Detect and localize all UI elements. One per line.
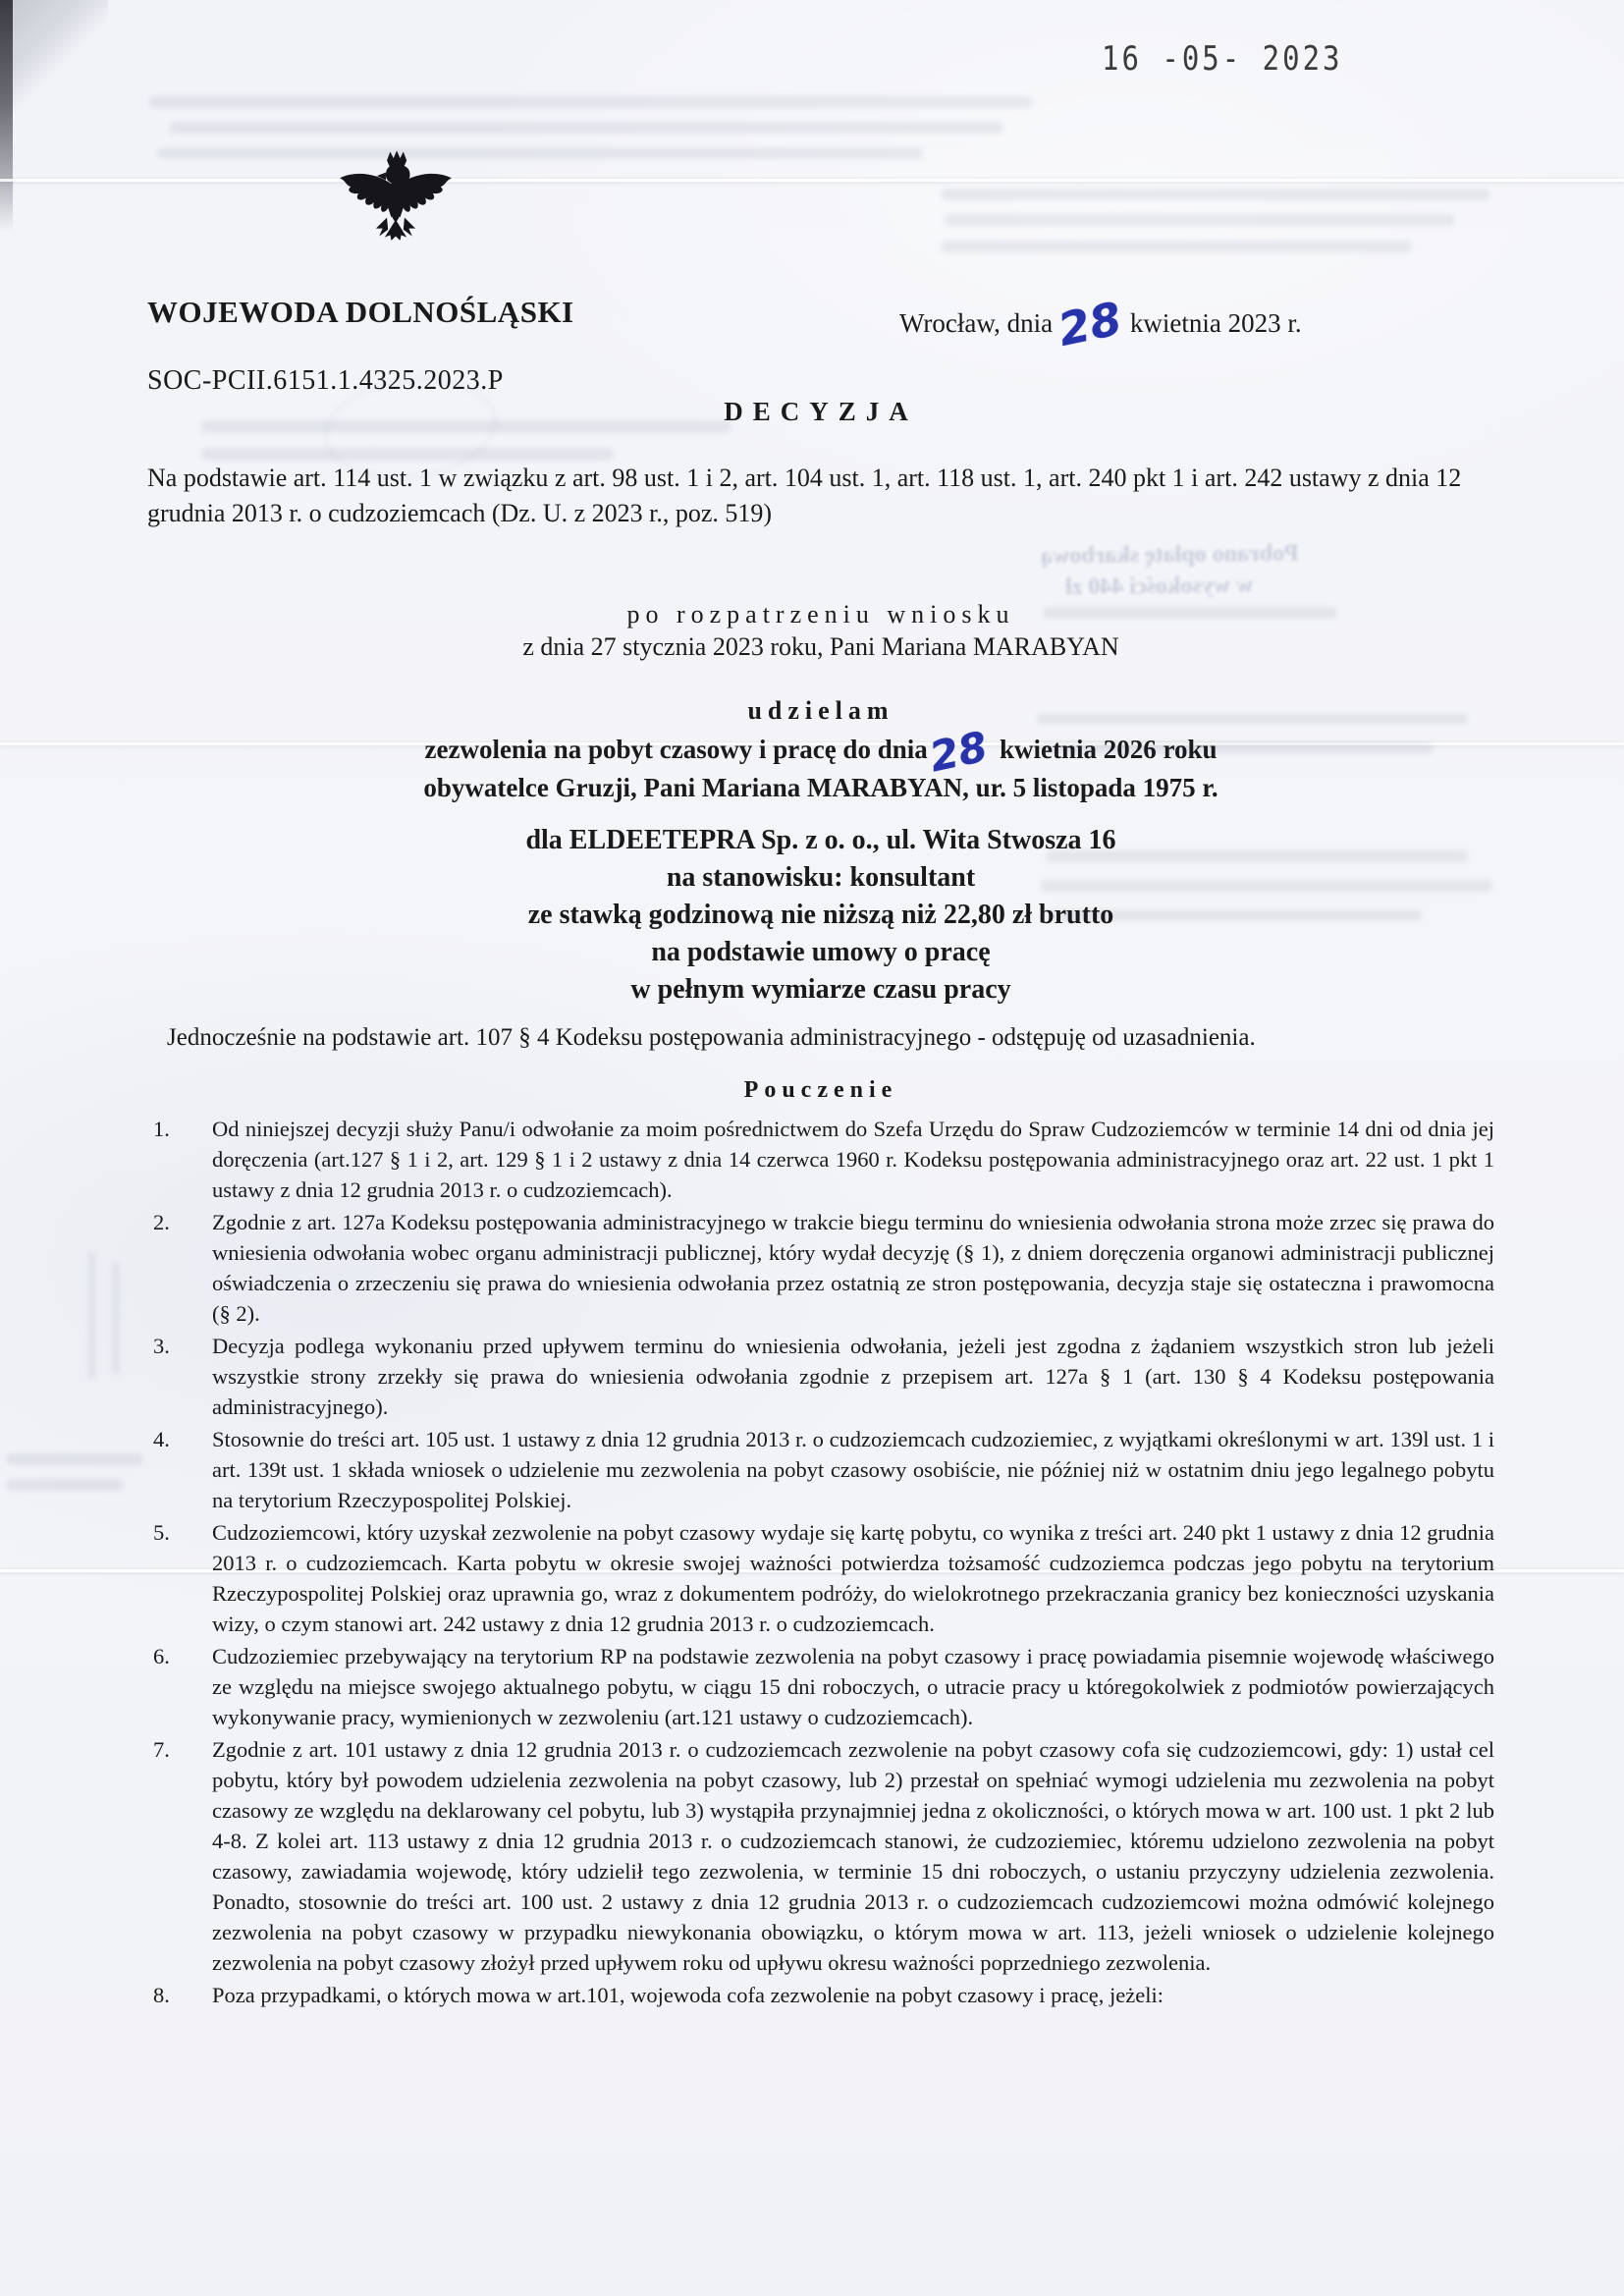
instruction-number: 3.: [153, 1331, 170, 1361]
bleedthrough-smudge: [112, 1262, 120, 1375]
eagle-body: [387, 181, 405, 224]
instruction-text: Zgodnie z art. 101 ustawy z dnia 12 grud…: [212, 1737, 1494, 1975]
place-and-date-line: Wrocław, dnia28 kwietnia 2023 r.: [899, 298, 1302, 351]
eagle-leg: [404, 217, 415, 236]
eagle-tail: [385, 220, 406, 241]
scan-edge-shadow: [0, 0, 13, 231]
instruction-text: Od niniejszej decyzji służy Panu/i odwoł…: [212, 1117, 1494, 1202]
working-time-line: w pełnym wymiarze czasu pracy: [147, 971, 1494, 1009]
eagle-leg: [376, 217, 388, 236]
authority-name: WOJEWODA DOLNOŚLĄSKI: [147, 295, 574, 330]
instruction-number: 2.: [153, 1207, 170, 1237]
bleedthrough-smudge: [941, 241, 1412, 252]
instruction-number: 5.: [153, 1517, 170, 1548]
grant-beneficiary-line: obywatelce Gruzji, Pani Mariana MARABYAN…: [147, 770, 1494, 806]
instruction-heading: Pouczenie: [147, 1077, 1494, 1104]
instruction-text: Cudzoziemcowi, który uzyskał zezwolenie …: [212, 1520, 1494, 1636]
contract-type-line: na podstawie umowy o pracę: [147, 934, 1494, 971]
document-title: DECYZJA: [147, 397, 1494, 427]
instruction-text: Poza przypadkami, o których mowa w art.1…: [212, 1983, 1164, 2007]
wage-line: ze stawką godzinową nie niższą niż 22,80…: [147, 897, 1494, 934]
bleedthrough-smudge: [149, 96, 1033, 108]
justification-waiver: Jednocześnie na podstawie art. 107 § 4 K…: [147, 1024, 1494, 1052]
position-line: na stanowisku: konsultant: [147, 859, 1494, 897]
instruction-item: 2.Zgodnie z art. 127a Kodeksu postępowan…: [147, 1207, 1494, 1329]
bleedthrough-smudge: [6, 1479, 124, 1491]
bleedthrough-smudge: [157, 147, 923, 159]
grant-permit-line: zezwolenia na pobyt czasowy i pracę do d…: [147, 732, 1494, 770]
instruction-text: Stosownie do treści art. 105 ust. 1 usta…: [212, 1427, 1494, 1512]
bleedthrough-smudge: [941, 189, 1490, 200]
instruction-number: 1.: [153, 1114, 170, 1144]
instruction-item: 4.Stosownie do treści art. 105 ust. 1 us…: [147, 1424, 1494, 1515]
employment-conditions-block: dla ELDEETEPRA Sp. z o. o., ul. Wita Stw…: [147, 822, 1494, 1009]
instruction-item: 8.Poza przypadkami, o których mowa w art…: [147, 1980, 1494, 2010]
instruction-number: 6.: [153, 1641, 170, 1671]
bleedthrough-smudge: [169, 122, 1003, 134]
handwritten-day: 28: [927, 728, 991, 775]
instruction-item: 3.Decyzja podlega wykonaniu przed upływe…: [147, 1331, 1494, 1422]
instruction-text: Cudzoziemiec przebywający na terytorium …: [212, 1644, 1494, 1729]
polish-eagle-emblem: [330, 145, 461, 281]
instruction-number: 8.: [153, 1980, 170, 2010]
grant-line-prefix: zezwolenia na pobyt czasowy i pracę do d…: [425, 735, 928, 764]
scanned-document-page: Pobrano opłatę skarbową w wysokości 440 …: [0, 0, 1624, 2296]
place-date-suffix: kwietnia 2023 r.: [1130, 308, 1302, 338]
bleedthrough-smudge: [88, 1252, 96, 1380]
bleedthrough-smudge: [6, 1453, 143, 1465]
instruction-item: 6.Cudzoziemiec przebywający na terytoriu…: [147, 1641, 1494, 1732]
instruction-item: 5.Cudzoziemcowi, który uzyskał zezwoleni…: [147, 1517, 1494, 1639]
bleedthrough-smudge: [945, 214, 1455, 226]
place-date-prefix: Wrocław, dnia: [899, 308, 1053, 338]
case-number: SOC-PCII.6151.1.4325.2023.P: [147, 365, 504, 397]
paper-crease: [0, 179, 1624, 182]
grant-verb: udzielam: [147, 696, 1494, 726]
scan-corner-shadow: [0, 0, 108, 116]
instruction-item: 7.Zgodnie z art. 101 ustawy z dnia 12 gr…: [147, 1734, 1494, 1978]
legal-basis-paragraph: Na podstawie art. 114 ust. 1 w związku z…: [147, 461, 1494, 531]
employer-line: dla ELDEETEPRA Sp. z o. o., ul. Wita Stw…: [147, 822, 1494, 859]
instruction-number: 4.: [153, 1424, 170, 1454]
document-body: DECYZJA Na podstawie art. 114 ust. 1 w z…: [147, 397, 1494, 2012]
grant-line-suffix: kwietnia 2026 roku: [1000, 735, 1218, 764]
handwritten-day: 28: [1054, 292, 1126, 356]
consideration-heading: po rozpatrzeniu wniosku: [147, 600, 1494, 629]
consideration-detail: z dnia 27 stycznia 2023 roku, Pani Maria…: [147, 629, 1494, 665]
instruction-number: 7.: [153, 1734, 170, 1765]
received-date-stamp: 16 -05- 2023: [1102, 38, 1343, 78]
instruction-text: Decyzja podlega wykonaniu przed upływem …: [212, 1334, 1494, 1419]
instruction-item: 1.Od niniejszej decyzji służy Panu/i odw…: [147, 1114, 1494, 1205]
instruction-list: 1.Od niniejszej decyzji służy Panu/i odw…: [147, 1114, 1494, 2010]
instruction-text: Zgodnie z art. 127a Kodeksu postępowania…: [212, 1210, 1494, 1326]
